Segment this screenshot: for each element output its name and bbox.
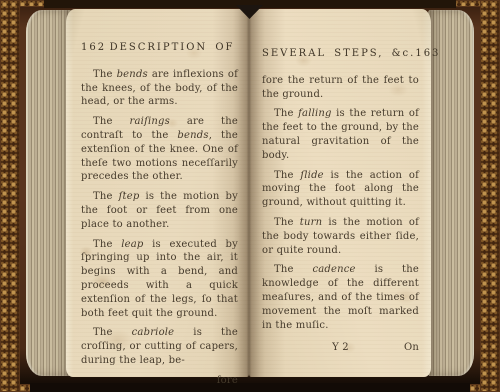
right-page-paragraphs: fore the return of the feet to the groun… xyxy=(262,74,419,333)
italic-term: leap xyxy=(121,239,143,250)
paragraph: The ſlide is the action of moving the fo… xyxy=(262,169,419,210)
text-run: The xyxy=(274,217,300,228)
text-run: The xyxy=(93,239,121,250)
paragraph: The cadence is the knowledge of the diff… xyxy=(262,263,419,332)
catchword: On xyxy=(404,341,419,355)
italic-term: cabriole xyxy=(132,327,175,338)
right-running-title: SEVERAL STEPS, &c. xyxy=(262,47,415,61)
gathering-signature: Y 2 xyxy=(332,342,349,353)
left-running-head: 162 DESCRIPTION OF xyxy=(81,41,238,55)
right-running-head: SEVERAL STEPS, &c. 163 xyxy=(262,47,419,61)
italic-term: ſtep xyxy=(119,191,140,202)
gilt-border-left xyxy=(0,0,20,392)
left-page: 162 DESCRIPTION OF The bends are inflexi… xyxy=(66,9,249,377)
text-run: The xyxy=(93,191,119,202)
paragraph: The turn is the motion of the body towar… xyxy=(262,216,419,257)
paragraph: The leap is executed by ſpringing up int… xyxy=(81,238,238,321)
text-run: The xyxy=(93,69,117,80)
text-run: The xyxy=(93,116,130,127)
paragraph: fore the return of the feet to the groun… xyxy=(262,74,419,102)
left-page-number: 162 xyxy=(81,41,106,55)
text-run: is executed by ſpringing up into the air… xyxy=(81,239,238,319)
text-run: fore the return of the feet to the groun… xyxy=(262,75,419,100)
paragraph: The falling is the return of the feet to… xyxy=(262,107,419,162)
paragraph: The bends are inflexions of the knees, o… xyxy=(81,68,238,109)
gilt-border-right xyxy=(480,0,500,392)
left-catchword-row: fore xyxy=(81,374,238,388)
left-running-title: DESCRIPTION OF xyxy=(106,41,238,55)
paragraph: The ſtep is the motion by the foot or fe… xyxy=(81,190,238,231)
right-page-number: 163 xyxy=(415,47,440,61)
text-run: The xyxy=(93,327,132,338)
italic-term: cadence xyxy=(312,264,355,275)
italic-term: falling xyxy=(298,108,332,119)
paragraph: The raiſings are the contraſt to the ben… xyxy=(81,115,238,184)
italic-term: bends xyxy=(177,130,208,141)
page-edges-right xyxy=(428,10,474,376)
italic-term: bends xyxy=(117,69,148,80)
paragraph: The cabriole is the croſſing, or cutting… xyxy=(81,326,238,367)
text-run: The xyxy=(274,108,298,119)
italic-term: raiſings xyxy=(130,116,170,127)
italic-term: ſlide xyxy=(300,170,323,181)
left-page-text: 162 DESCRIPTION OF The bends are inflexi… xyxy=(81,41,238,388)
text-run: The xyxy=(274,170,300,181)
catchword: fore xyxy=(217,375,238,386)
right-page-text: SEVERAL STEPS, &c. 163 fore the return o… xyxy=(262,47,419,355)
left-page-paragraphs: The bends are inflexions of the knees, o… xyxy=(81,68,238,368)
right-page: SEVERAL STEPS, &c. 163 fore the return o… xyxy=(249,9,431,377)
italic-term: turn xyxy=(300,217,322,228)
open-book-photo: 162 DESCRIPTION OF The bends are inflexi… xyxy=(0,0,500,392)
signature-row: Y 2 On xyxy=(262,341,419,355)
text-run: The xyxy=(274,264,312,275)
